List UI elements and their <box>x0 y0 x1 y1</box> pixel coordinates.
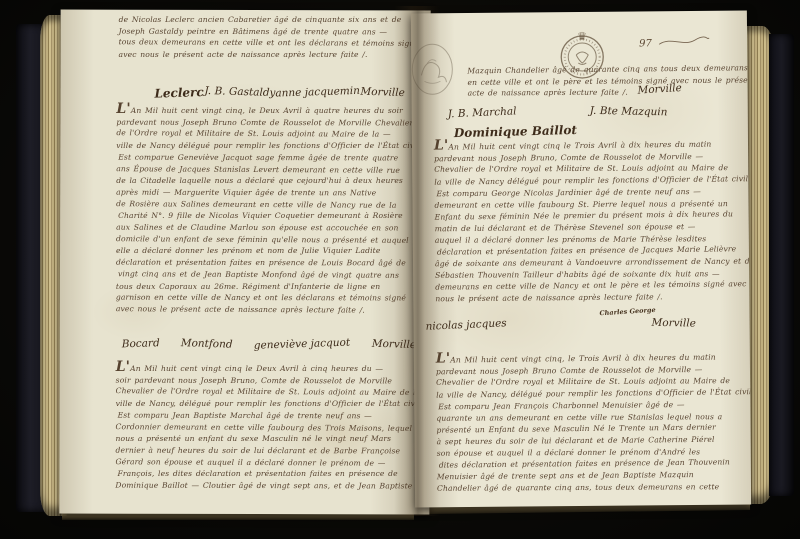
signature: Dominique Baillot <box>454 123 577 140</box>
handwritten-line: dernier à neuf heures du soir de lui déc… <box>115 445 420 458</box>
signature: Montfond <box>181 337 233 351</box>
handwritten-line: de Nicolas Leclerc ancien Cabaretier âgé… <box>119 14 419 26</box>
handwritten-line: tous deux Caporaux au 26me. Régiment d'I… <box>116 281 419 293</box>
signature: nicolas jacques <box>425 317 507 333</box>
signature-row: Bocard Montfond geneviève jacquot Morvil… <box>122 338 416 351</box>
signature: Leclerc <box>154 85 204 101</box>
handwritten-line: Charité N°. 9 fille de Nicolas Viquier C… <box>118 210 419 222</box>
signature-row: J. B. Marchal J. Bte Mazquin <box>448 105 668 119</box>
signature: Morville <box>360 86 405 101</box>
page-number: 97 <box>639 31 711 51</box>
handwritten-line: ville de Nancy, délégué pour remplir les… <box>116 398 421 410</box>
handwritten-line: Dominique Baillot — Cloutier âgé de ving… <box>115 480 420 493</box>
handwritten-line: elle a déclaré donner les prénom et nom … <box>116 245 419 257</box>
pen-flourish-icon <box>657 34 711 48</box>
handwritten-line: nous a présenté un enfant du sexe Mascul… <box>116 433 421 445</box>
handwritten-line: aux Salines et de Claudine Marlou son ép… <box>116 222 419 234</box>
book-cover-right-edge <box>769 34 794 496</box>
birth-act-george-text: L'An Mil huit cent vingt cinq le Trois A… <box>434 137 751 305</box>
signature: J. B. Gastaldy <box>204 85 275 101</box>
handwritten-line: de l'Ordre royal et Militaire de St. Lou… <box>116 128 419 141</box>
birth-act-marchal-text-begin: L'An Mil huit cent vingt cinq le Deux Av… <box>115 362 420 493</box>
handwritten-line: Est comparue Geneviève Jacquot sage femm… <box>118 151 419 163</box>
right-page: ♛ 97 Mazquin Chandelier âgé de quarante … <box>411 11 751 508</box>
handwritten-line: vingt cinq ans et de Jean Baptiste Monfo… <box>118 268 419 281</box>
previous-act-ending-text: de Nicolas Leclerc ancien Cabaretier âgé… <box>119 14 420 62</box>
birth-act-charbonnel-text-begin: L'An Mil huit cent vingt cinq, le Trois … <box>436 351 751 495</box>
embossed-seal-icon <box>411 41 456 97</box>
handwritten-line: avec nous le présent acte de naissance a… <box>119 49 419 61</box>
birth-act-viquier-text: L'An Mil huit cent vingt cinq, le Deux A… <box>116 104 420 316</box>
handwritten-line: tous deux demeurans en cette ville et on… <box>119 37 420 50</box>
photograph-background: de Nicolas Leclerc ancien Cabaretier âgé… <box>0 0 800 539</box>
handwritten-line: Est comparu Jean Baptiste Marchal âgé de… <box>118 409 421 421</box>
signature: J. B. Marchal <box>447 105 516 120</box>
handwritten-line: Chevalier de l'Ordre royal et Militaire … <box>116 386 421 399</box>
signature-row: Leclerc J. B. Gastaldy anne jacquemin Mo… <box>154 86 404 101</box>
signature: Bocard <box>122 337 160 350</box>
handwritten-line: avec nous le présent acte de naissance a… <box>116 303 419 316</box>
signature: geneviève jacquot <box>254 337 351 352</box>
signature: J. Bte Mazquin <box>590 105 668 118</box>
handwritten-line: L'An Mil huit cent vingt cinq, le Deux A… <box>116 104 419 117</box>
signature: Charles George <box>599 306 656 317</box>
handwritten-line: déclaration et présentation faites en pr… <box>116 257 419 269</box>
round-crown-ink-stamp-icon: ♛ <box>554 25 611 83</box>
handwritten-line: acte de naissance après lecture faite /. <box>468 86 752 99</box>
handwritten-line: nous le présent acte de naissance après … <box>435 291 751 305</box>
handwritten-line: L'An Mil huit cent vingt cinq le Deux Av… <box>116 362 421 375</box>
signature: anne jacquemin <box>275 85 360 102</box>
handwritten-line: Chandelier âgé de quarante cinq ans, tou… <box>437 481 751 494</box>
signature: Morville <box>651 317 696 330</box>
crown-icon: ♛ <box>577 30 587 43</box>
handwritten-line: François, les dites déclaration et prése… <box>117 468 420 480</box>
handwritten-line: après midi — Marguerite Viquier âgée de … <box>116 187 419 199</box>
handwritten-line: de la Citadelle laquelle nous a déclaré … <box>116 175 419 187</box>
signature: Morville <box>371 338 416 351</box>
signature-row: nicolas jacques Morville <box>426 317 696 331</box>
handwritten-line: ville de Nancy délégué pour remplir les … <box>116 140 419 152</box>
left-page: de Nicolas Leclerc ancien Cabaretier âgé… <box>59 10 430 515</box>
